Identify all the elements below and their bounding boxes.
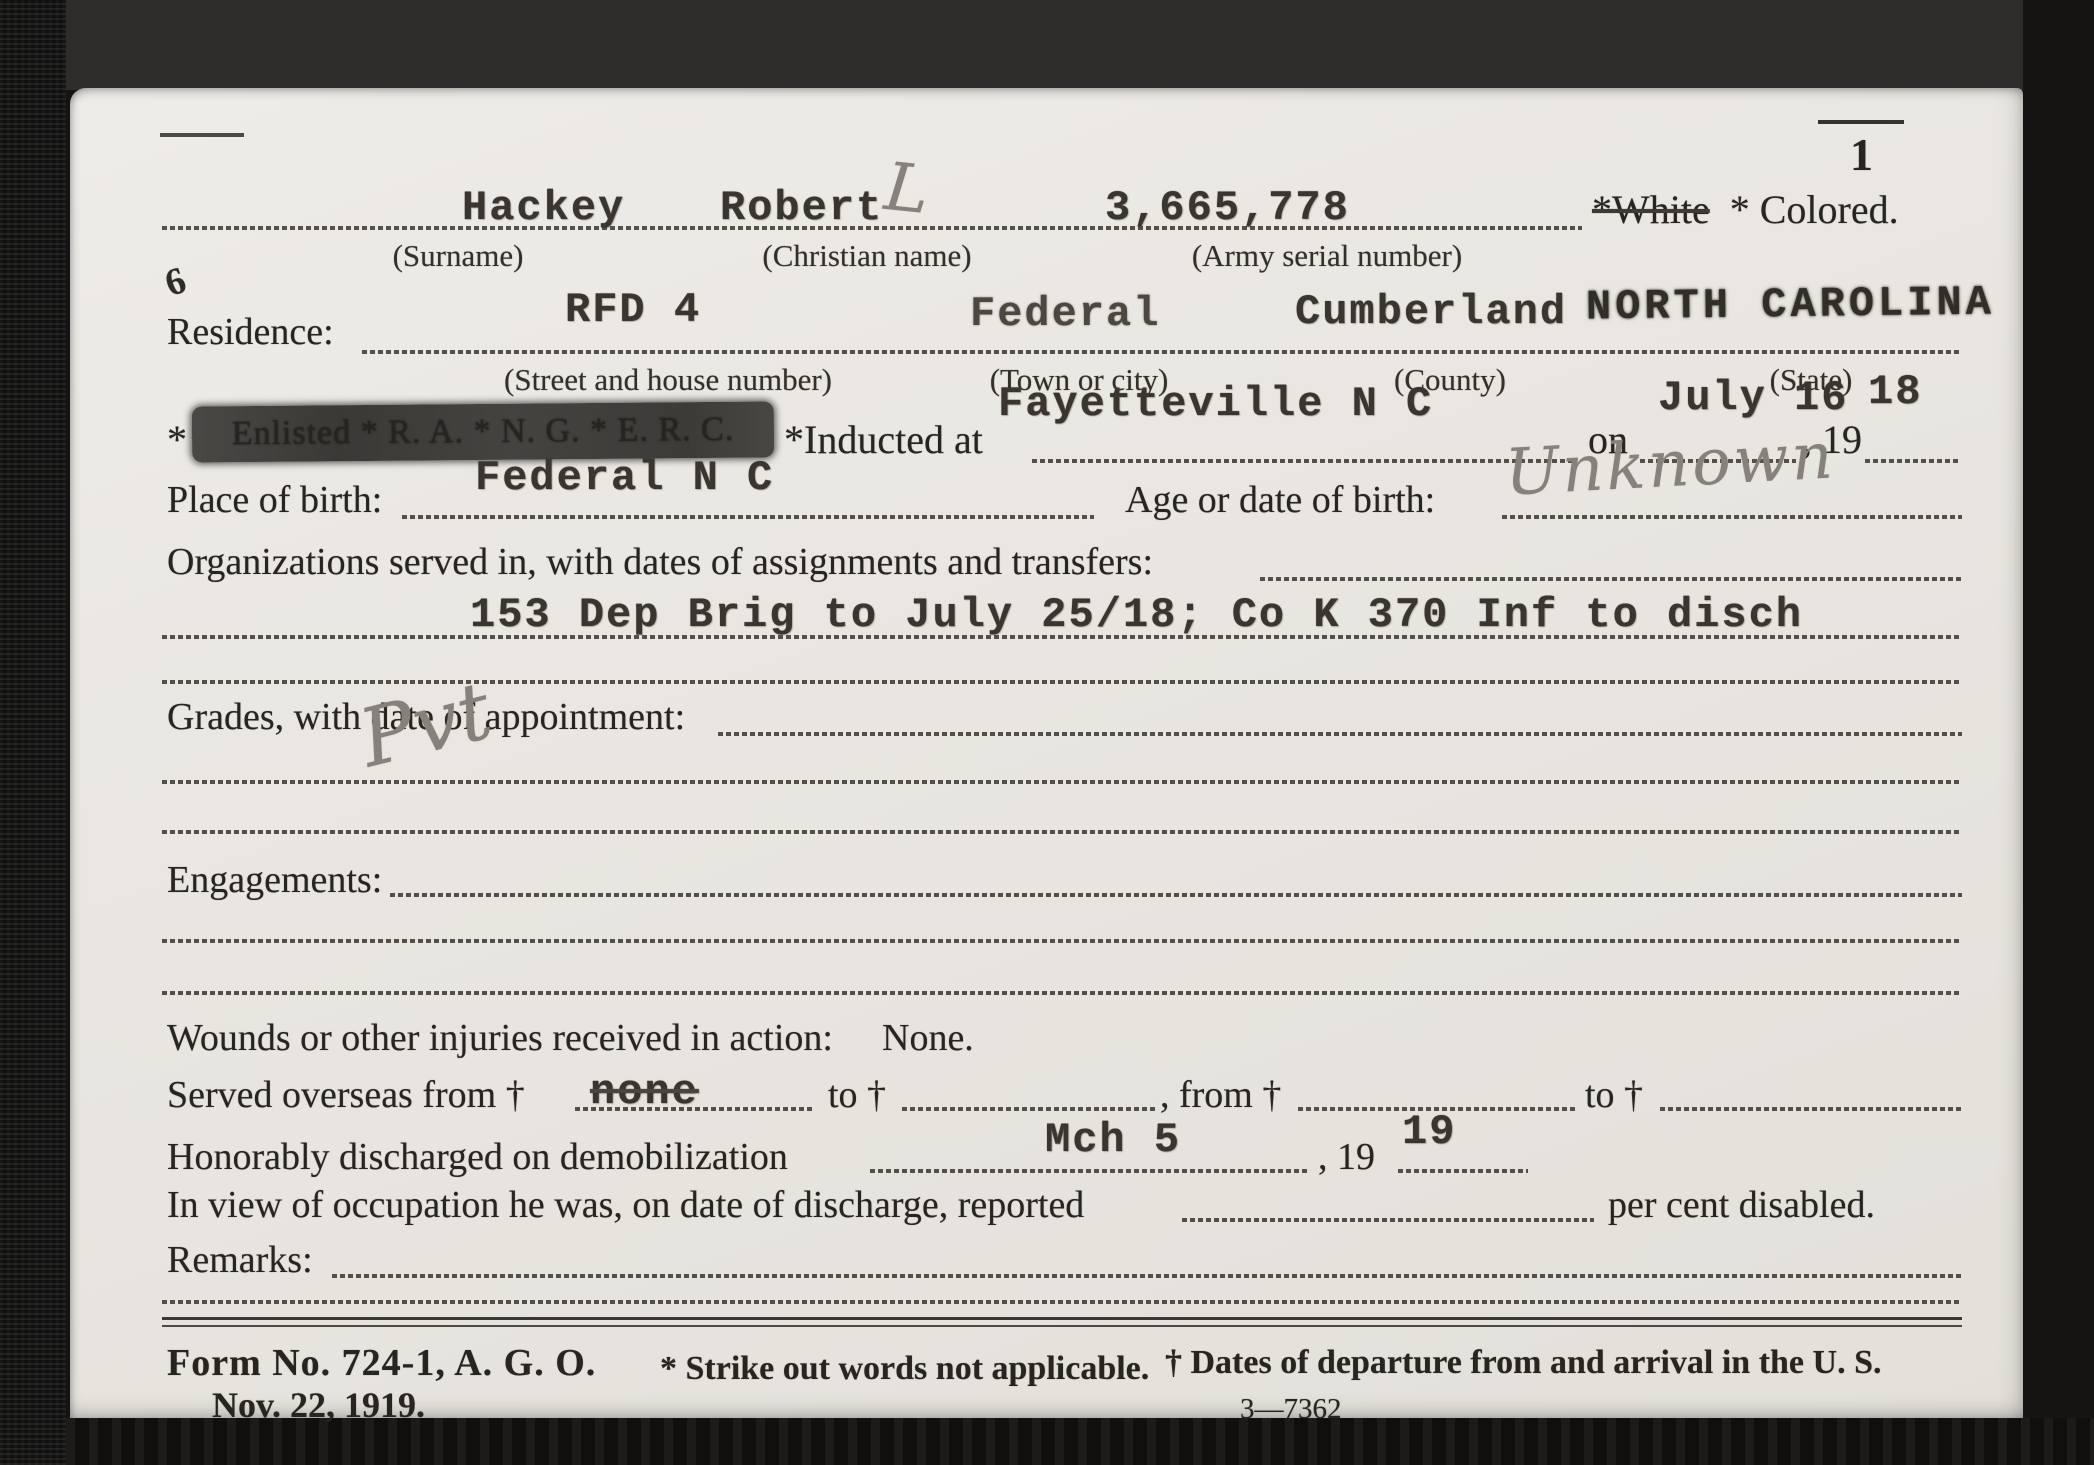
leader-line [332,1274,1962,1278]
leader-line [162,635,1962,639]
leader-line [1260,577,1962,581]
struck-enlistment-options: Enlisted * R. A. * N. G. * E. R. C. [232,411,735,453]
record-card: 1 Hackey Robert L 3,665,778 *White * Col… [70,88,2023,1418]
serial-number-value: 3,665,778 [1105,184,1350,232]
race-options: *White * Colored. [1592,186,1899,233]
form-number: Form No. 724-1, A. G. O. [167,1341,596,1385]
discharge-year-value: 19 [1402,1108,1456,1156]
induction-year-value: 18 [1868,368,1922,416]
surname-label: (Surname) [358,238,558,274]
birth-place-label: Place of birth: [167,478,382,522]
leader-line [162,780,1962,784]
leader-line [162,1300,1962,1304]
leader-line [162,991,1962,995]
leader-line [718,732,1962,736]
serial-number-label: (Army serial number) [1177,238,1477,274]
strike-note: * Strike out words not applicable. [660,1350,1149,1388]
white-option-struck: *White [1592,187,1710,232]
leader-line [1032,459,1577,463]
town-value: Federal [970,290,1160,338]
handwritten-initial: L [881,148,933,229]
overseas-to1-label: to † [828,1073,886,1117]
engagements-label: Engagements: [167,858,382,902]
page-number: 1 [1850,128,1920,181]
leader-line [362,350,1962,354]
form-date: Nov. 22, 1919. [212,1384,425,1426]
top-left-mark [160,133,244,137]
discharge-year-printed: , 19 [1318,1135,1375,1179]
induction-date-value: July 16 [1658,374,1848,422]
wounds-value: None. [882,1016,974,1060]
scan-right-background [2023,0,2094,1465]
age-label: Age or date of birth: [1125,478,1435,522]
street-label: (Street and house number) [504,362,804,398]
discharge-date-value: Mch 5 [1045,1116,1181,1164]
leader-line [390,893,1962,897]
state-stamp: NORTH CAROLINA [1586,279,1995,332]
scan-top-band [66,0,2094,90]
inducted-at-label: *Inducted at [784,416,983,463]
print-code: 3—7362 [1240,1393,1342,1426]
bottom-rule [162,1325,1962,1327]
county-value: Cumberland [1295,288,1567,336]
ink-stamp-mark: 6 [160,258,192,306]
overseas-from2-label: , from † [1160,1073,1281,1117]
dagger-note: † Dates of departure from and arrival in… [1165,1344,1881,1382]
top-right-mark [1818,120,1904,124]
induction-place-value: Fayetteville N C [998,380,1433,428]
scanned-service-record: 1 Hackey Robert L 3,665,778 *White * Col… [0,0,2094,1465]
residence-label: Residence: [167,310,334,354]
discharge-label: Honorably discharged on demobilization [167,1135,788,1179]
book-spine-edge [0,0,66,1465]
wounds-label: Wounds or other injuries received in act… [167,1016,833,1060]
leader-line [402,515,1094,519]
age-handwritten-value: Unknown [1503,419,1837,510]
leader-line [162,939,1962,943]
christian-name-value: Robert [720,184,883,232]
leader-line [870,1169,1310,1173]
birth-place-value: Federal N C [475,454,774,502]
overseas-to2-label: to † [1585,1073,1643,1117]
bottom-rule [162,1317,1962,1320]
leader-line [162,830,1962,834]
leader-line [1502,515,1962,519]
organizations-label: Organizations served in, with dates of a… [167,540,1153,584]
leader-line [1865,459,1960,463]
disability-tail-label: per cent disabled. [1608,1183,1875,1227]
disability-label: In view of occupation he was, on date of… [167,1183,1084,1227]
surname-value: Hackey [462,184,625,232]
street-value: RFD 4 [565,286,701,334]
leader-line [1398,1169,1528,1173]
leader-line [575,1107,815,1111]
enlisted-asterisk: * [167,416,187,463]
organizations-value: 153 Dep Brig to July 25/18; Co K 370 Inf… [470,591,1803,639]
overseas-label: Served overseas from † [167,1073,525,1117]
leader-line [1182,1218,1594,1222]
leader-line [902,1107,1157,1111]
remarks-label: Remarks: [167,1238,313,1282]
colored-option: * Colored. [1730,187,1899,232]
christian-name-label: (Christian name) [742,238,992,274]
leader-line [162,226,1582,230]
leader-line [1660,1107,1962,1111]
